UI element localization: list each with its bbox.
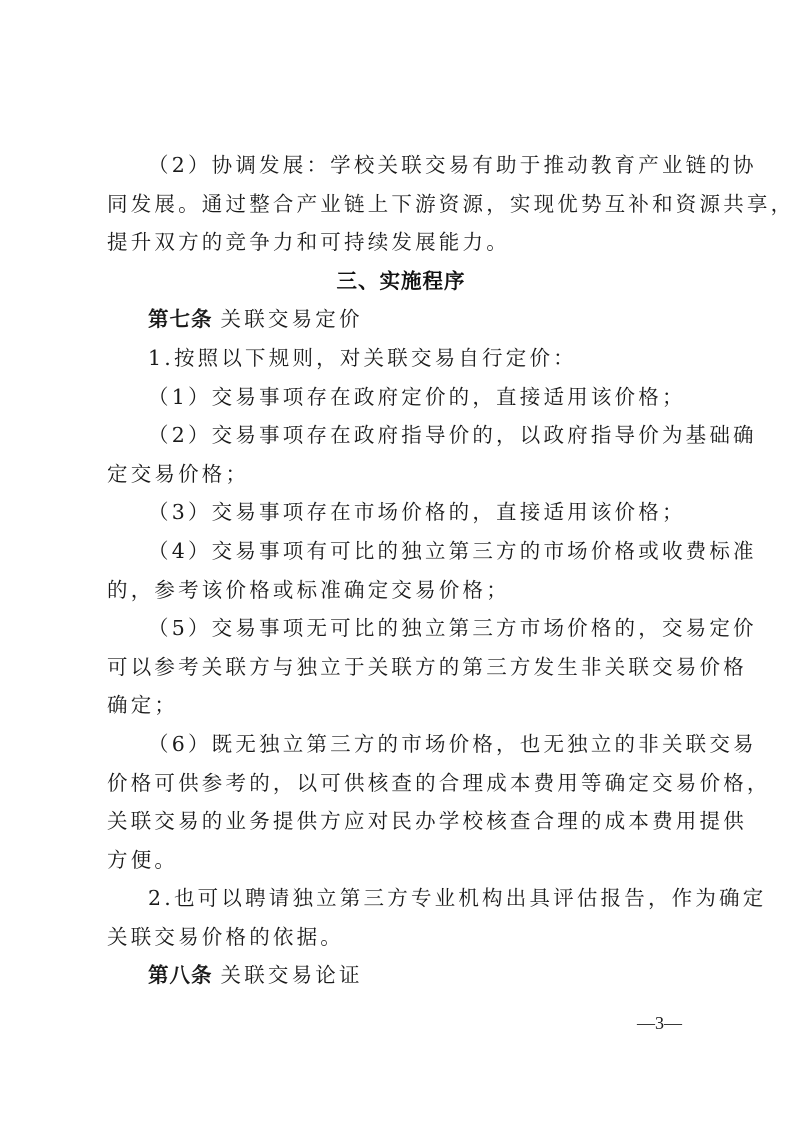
document-page: （2）协调发展：学校关联交易有助于推动教育产业链的协 同发展。通过整合产业链上下… <box>107 146 695 995</box>
rule-6-line: 关联交易的业务提供方应对民办学校核查合理的成本费用提供 <box>107 802 695 841</box>
paragraph-line: 同发展。通过整合产业链上下游资源，实现优势互补和资源共享， <box>107 185 695 224</box>
item-2-line: 关联交易价格的依据。 <box>107 918 695 957</box>
item-1-intro: 1.按照以下规则，对关联交易自行定价： <box>107 339 695 378</box>
article-label: 第七条 <box>148 307 213 331</box>
article-label: 第八条 <box>148 963 213 987</box>
rule-6-line: （6）既无独立第三方的市场价格，也无独立的非关联交易 <box>107 725 695 764</box>
page-number: —3— <box>637 1013 682 1034</box>
rule-4-line: （4）交易事项有可比的独立第三方的市场价格或收费标准 <box>107 532 695 571</box>
rule-3-line: （3）交易事项存在市场价格的，直接适用该价格； <box>107 493 695 532</box>
rule-5-line: （5）交易事项无可比的独立第三方市场价格的，交易定价 <box>107 609 695 648</box>
paragraph-line: （2）协调发展：学校关联交易有助于推动教育产业链的协 <box>107 146 695 185</box>
article-7-heading: 第七条关联交易定价 <box>107 300 695 339</box>
article-title: 关联交易论证 <box>221 963 363 987</box>
rule-6-line: 方便。 <box>107 841 695 880</box>
paragraph-line: 提升双方的竞争力和可持续发展能力。 <box>107 223 695 262</box>
rule-1-line: （1）交易事项存在政府定价的，直接适用该价格； <box>107 378 695 417</box>
section-heading: 三、实施程序 <box>107 262 695 301</box>
rule-5-line: 确定； <box>107 686 695 725</box>
item-2-line: 2.也可以聘请独立第三方专业机构出具评估报告，作为确定 <box>107 879 695 918</box>
rule-4-line: 的，参考该价格或标准确定交易价格； <box>107 571 695 610</box>
rule-5-line: 可以参考关联方与独立于关联方的第三方发生非关联交易价格 <box>107 648 695 687</box>
article-title: 关联交易定价 <box>221 307 363 331</box>
rule-2-line: （2）交易事项存在政府指导价的，以政府指导价为基础确 <box>107 416 695 455</box>
article-8-heading: 第八条关联交易论证 <box>107 956 695 995</box>
rule-2-line: 定交易价格； <box>107 455 695 494</box>
rule-6-line: 价格可供参考的，以可供核查的合理成本费用等确定交易价格， <box>107 764 695 803</box>
